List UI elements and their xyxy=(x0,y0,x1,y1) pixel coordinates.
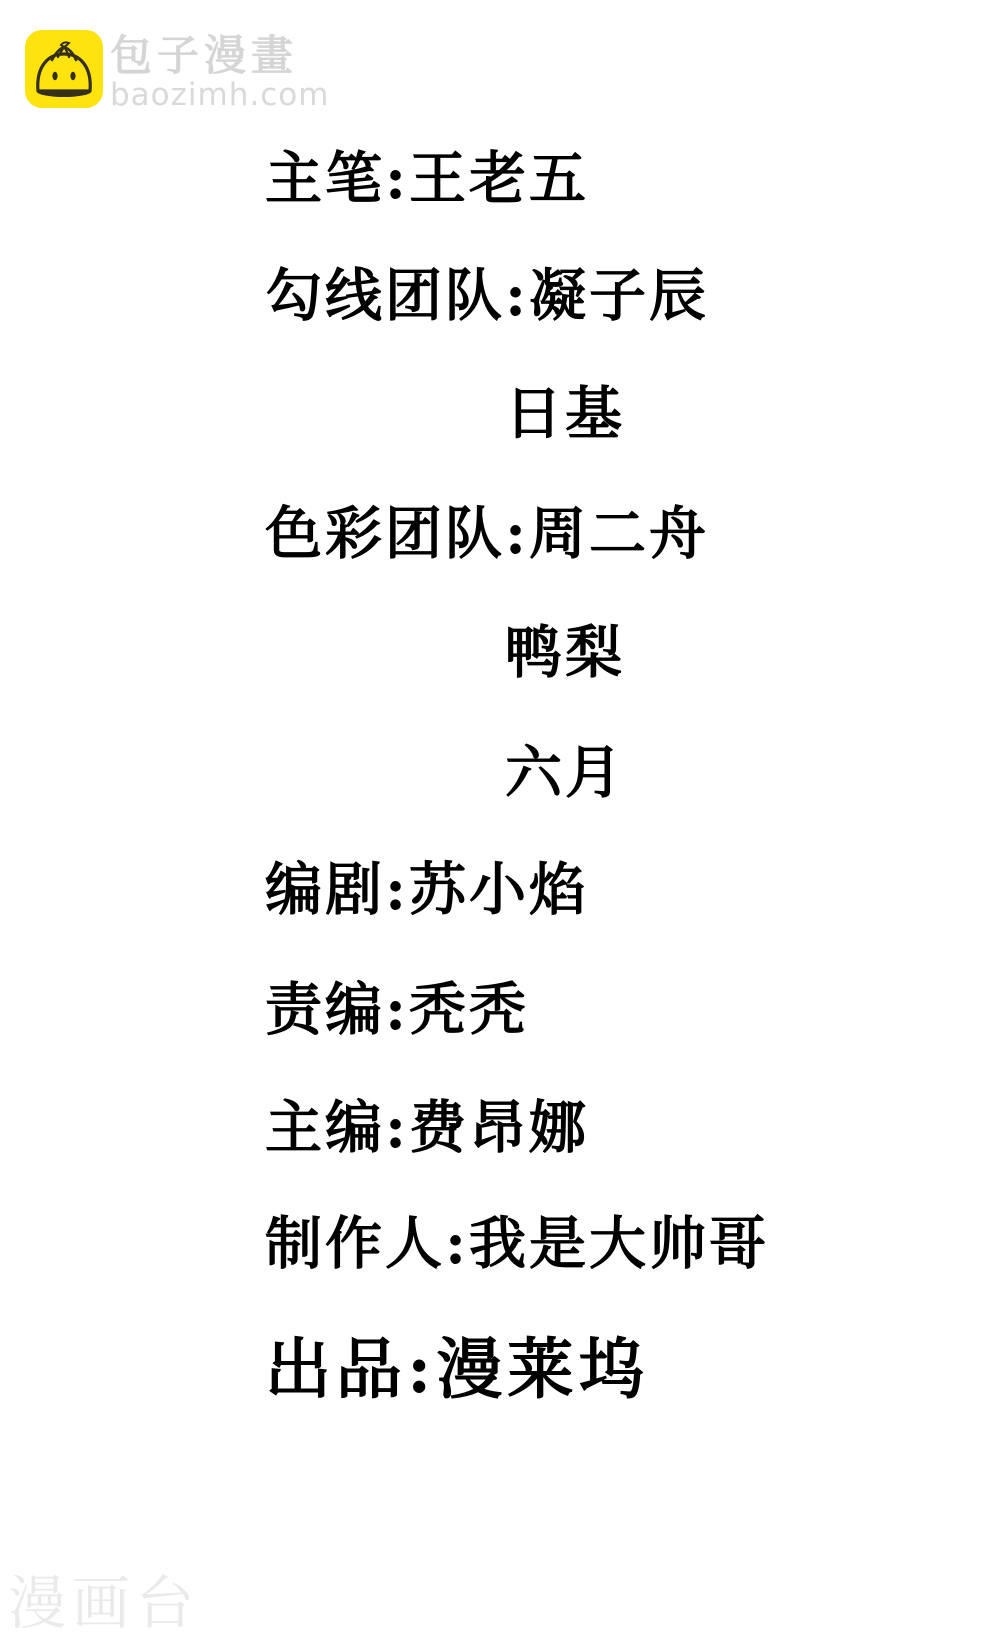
site-domain: baozimh.com xyxy=(110,80,329,111)
credit-editor: 责编:秃秃 xyxy=(265,981,529,1038)
credit-lineart-member-2: 日基 xyxy=(505,385,625,442)
credit-chief-editor: 主编:费昂娜 xyxy=(265,1099,589,1156)
site-name: 包子漫畫 xyxy=(110,35,329,77)
credit-production-company: 出品:漫莱坞 xyxy=(265,1336,649,1402)
credit-producer: 制作人:我是大帅哥 xyxy=(265,1215,769,1272)
credit-main-artist: 主笔:王老五 xyxy=(265,150,589,207)
site-title-block: 包子漫畫 baozimh.com xyxy=(110,30,329,111)
credit-lineart-team: 勾线团队:凝子辰 xyxy=(265,267,709,324)
credit-color-team: 色彩团队:周二舟 xyxy=(265,505,709,562)
baozi-bun-icon xyxy=(25,30,103,108)
manhuatai-watermark: 漫画台 xyxy=(8,1574,200,1632)
credit-color-member-2: 鸭梨 xyxy=(505,624,625,681)
credit-color-member-3: 六月 xyxy=(505,744,625,801)
site-header: 包子漫畫 baozimh.com xyxy=(25,30,329,111)
credit-screenwriter: 编剧:苏小焰 xyxy=(265,861,589,918)
